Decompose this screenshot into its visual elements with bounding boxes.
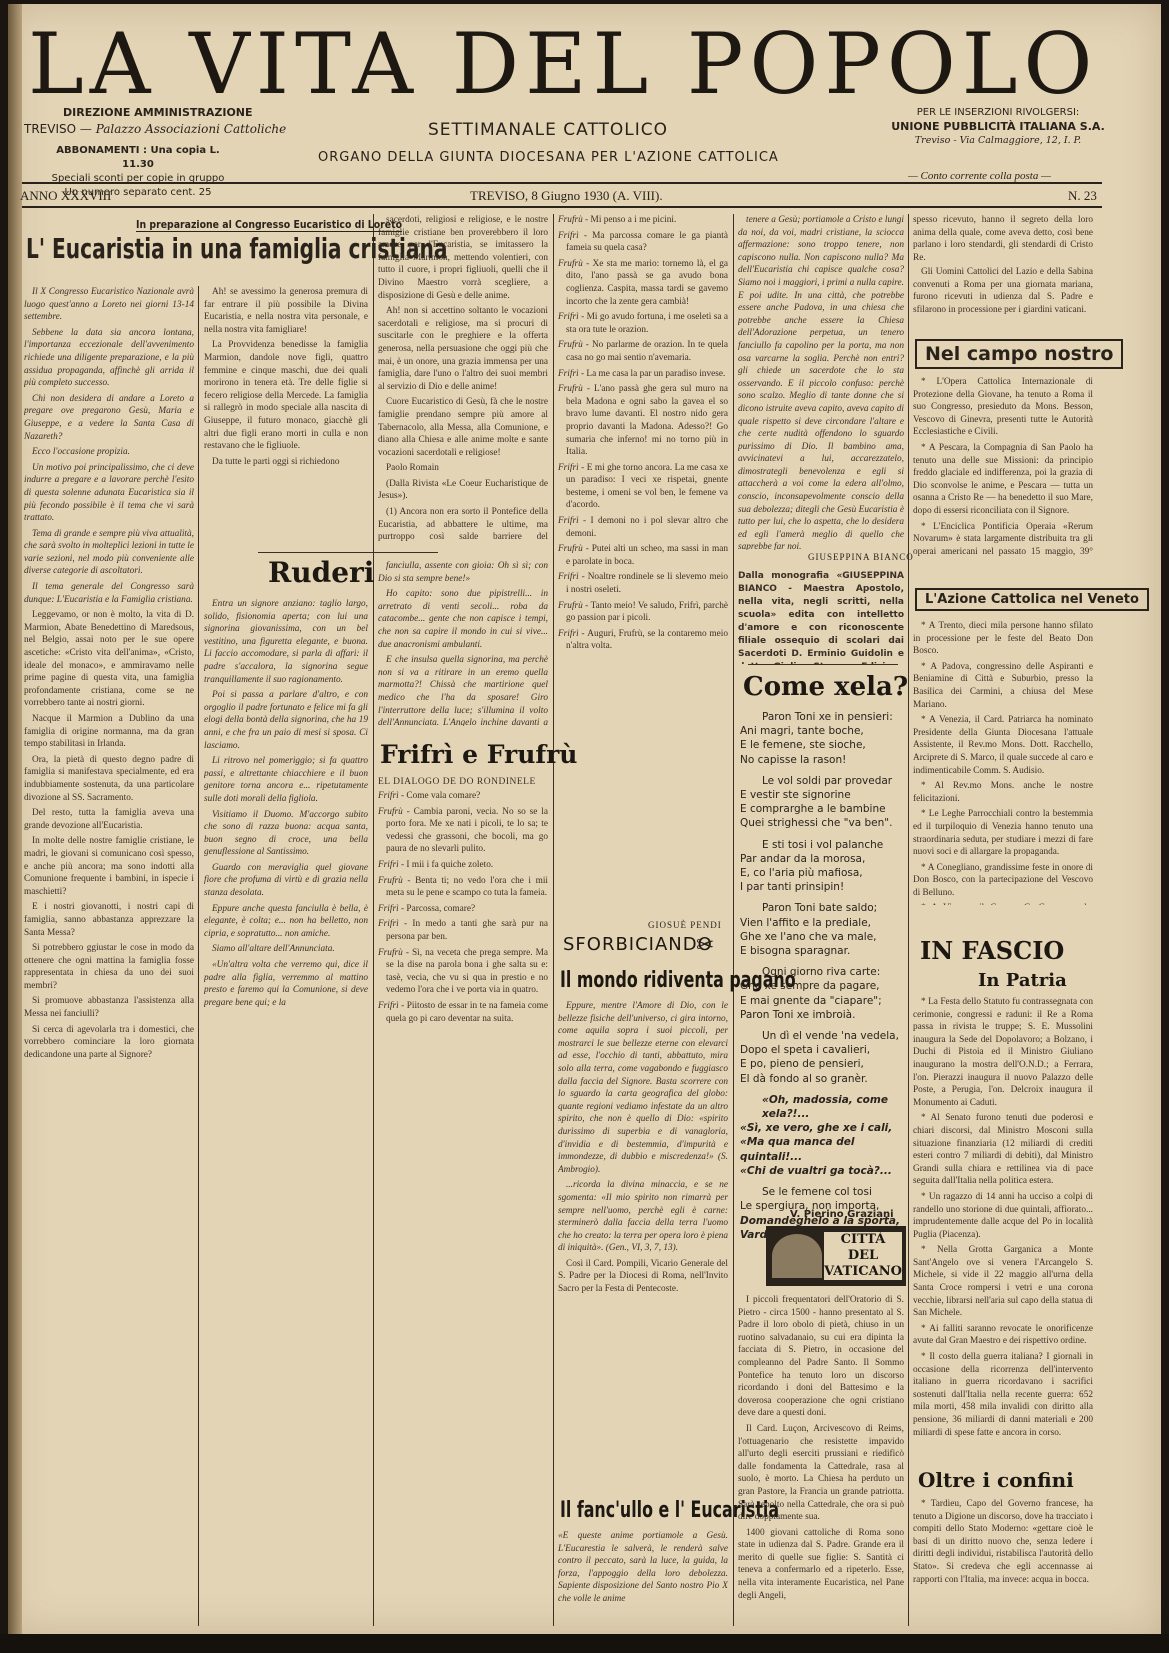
advertising-box: PER LE INSERZIONI RIVOLGERSI: UNIONE PUB…: [878, 106, 1118, 148]
article-column: sacerdoti, religiosi e religiose, e le n…: [378, 214, 548, 544]
col7-top: spesso ricevuto, hanno il segreto della …: [913, 214, 1093, 264]
speaker: Frufrù -: [558, 601, 591, 611]
poem-stanza: Paron Toni xe in pensieri:Ani magri, tan…: [740, 710, 906, 767]
poem-line: Paron Toni xe in pensieri:: [740, 710, 906, 724]
poem-line: E vestir ste signorine: [740, 788, 906, 802]
city: TREVISO: [24, 122, 76, 136]
poem-line: Ani magri, tante boche,: [740, 724, 906, 738]
dialogue-line: Frifrì - Piitosto de essar in te na fame…: [378, 1000, 548, 1025]
news-column: * La Festa dello Statuto fu contrassegna…: [913, 996, 1093, 1466]
speaker: Frifrì -: [378, 1001, 407, 1011]
newspaper-page: LA VITA DEL POPOLO DIREZIONE AMMINISTRAZ…: [8, 4, 1161, 1634]
in-fascio-title: IN FASCIO: [920, 936, 1064, 965]
address-line: TREVISO — Palazzo Associazioni Cattolich…: [24, 122, 286, 136]
dialogue-line: Frufrù - Sì, na veceta che prega sempre.…: [378, 947, 548, 997]
vaticano-banner: CITTÀ DEL VATICANO: [766, 1226, 906, 1286]
poem-stanza: Ogni giorno riva carte:Ghe xe sempre da …: [740, 965, 906, 1022]
news-item: * Tardieu, Capo del Governo francese, ha…: [913, 1498, 1093, 1586]
article-column: Eppure, mentre l'Amore di Dio, con le be…: [558, 1000, 728, 1420]
speaker: Frufrù -: [558, 340, 592, 350]
organo-line: ORGANO DELLA GIUNTA DIOCESANA PER L'AZIO…: [318, 150, 779, 165]
dome-icon: [772, 1234, 822, 1278]
news-item: * Il costo della guerra italiana? I gior…: [913, 1351, 1093, 1439]
poem-line: E comprarghe a le bambine: [740, 802, 906, 816]
paragraph: Del resto, tutta la famiglia aveva una g…: [24, 807, 194, 832]
news-item: * A Trento, dieci mila persone hanno sfi…: [913, 620, 1093, 658]
dialogue-line: Frufrù - Benta ti; no vedo l'ora che i m…: [378, 875, 548, 900]
news-item: * A Padova, congressino delle Aspiranti …: [913, 661, 1093, 711]
poem-line: E sti tosi i vol palanche: [740, 838, 906, 852]
unione: UNIONE PUBBLICITÀ ITALIANA S.A.: [878, 120, 1118, 134]
news-item: * A Vicenza il Comm. C. Corsanego ha cel…: [913, 902, 1093, 905]
poem-line: E le femene, ste sioche,: [740, 738, 906, 752]
azione-veneto-title: L'Azione Cattolica nel Veneto: [915, 588, 1149, 611]
news-item: * L'Opera Cattolica Internazionale di Pr…: [913, 376, 1093, 439]
dialogue-line: Frufrù - Xe sta me mario: tornemo là, el…: [558, 258, 728, 308]
paragraph: Tema di grande e sempre più viva attuali…: [24, 528, 194, 578]
speaker: Frifrì -: [378, 919, 412, 929]
sforbiciando-banner: SFORBICIANDO: [563, 934, 713, 955]
speaker: Frufrù -: [558, 544, 592, 554]
paragraph: fanciulla, assente con gioia: Oh sì sì; …: [378, 560, 548, 585]
paragraph: I piccoli frequentatori dell'Oratorio di…: [738, 1294, 904, 1420]
top-rule: [22, 182, 1102, 184]
news-column: * L'Opera Cattolica Internazionale di Pr…: [913, 376, 1093, 556]
speaker: Frufrù -: [558, 384, 594, 394]
poem-line: E po, pieno de pensieri,: [740, 1057, 906, 1071]
dialogue-column: Frifrì - Come vala comare?Frufrù - Cambi…: [378, 790, 548, 1628]
column-rule: [373, 214, 374, 1626]
poem-line: Ogni giorno riva carte:: [740, 965, 906, 979]
dialogue-column: Frufrù - Mi penso a i me picini.Frifrì -…: [558, 214, 728, 914]
paragraph: Eppure, mentre l'Amore di Dio, con le be…: [558, 1000, 728, 1176]
article-kicker: In preparazione al Congresso Eucaristico…: [136, 218, 402, 232]
fanciullo-body: «E queste anime portiamole a Gesù. L'Euc…: [558, 1530, 728, 1630]
poem-line: Ghe xe sempre da pagare,: [740, 979, 906, 993]
article-column: fanciulla, assente con gioia: Oh sì sì; …: [378, 560, 548, 726]
paragraph: Così il Card. Pompili, Vicario Generale …: [558, 1258, 728, 1296]
paragraph: 1400 giovani cattoliche di Roma sono sta…: [738, 1527, 904, 1603]
scan-border: [0, 1634, 1169, 1653]
news-item: * A Conegliano, grandissime feste in ono…: [913, 862, 1093, 900]
in-patria-title: In Patria: [978, 970, 1067, 991]
paragraph: Ah! se avessimo la generosa premura di f…: [204, 286, 368, 336]
news-item: * Al Senato furono tenuti due poderosi e…: [913, 1112, 1093, 1188]
paragraph: Poi si passa a parlare d'altro, e con or…: [204, 689, 368, 752]
poem-stanza: «Oh, madossia, come xela?!...«Sì, xe ver…: [740, 1093, 906, 1178]
news-item: * Al Rev.mo Mons. anche le nostre felici…: [913, 780, 1093, 805]
paragraph: Ah! non si accettino soltanto le vocazio…: [378, 305, 548, 393]
poem-line: Un dì el vende 'na vedela,: [740, 1029, 906, 1043]
masthead-title: LA VITA DEL POPOLO: [28, 24, 1148, 104]
ornament-rule: [258, 552, 438, 553]
abbonamenti: ABBONAMENTI : Una copia L. 11.30: [56, 145, 220, 170]
dialogue-line: Frifrì - La me casa la par un paradiso i…: [558, 368, 728, 381]
poem-stanza: E sti tosi i vol palanchePar andar da la…: [740, 838, 906, 895]
speaker: Frufrù -: [558, 259, 593, 269]
speaker: Frifrì -: [558, 629, 587, 639]
poem-line: Quei strighessi che "va ben".: [740, 816, 906, 830]
ad-address: Treviso - Via Calmaggiore, 12, I. P.: [915, 135, 1081, 146]
paragraph: E i nostri giovanotti, i nostri capi di …: [24, 901, 194, 939]
dialogue-line: Frufrù - L'ano passà ghe gera sul muro n…: [558, 383, 728, 459]
paragraph: Sebbene la data sia ancora lontana, l'im…: [24, 327, 194, 390]
paragraph: sacerdoti, religiosi e religiose, e le n…: [378, 214, 548, 302]
paragraph: Si cerca di agevolarla tra i domestici, …: [24, 1024, 194, 1062]
poem-stanza: Un dì el vende 'na vedela,Dopo el speta …: [740, 1029, 906, 1086]
news-item: * Ai falliti saranno revocate le onorifi…: [913, 1323, 1093, 1348]
oltre-confini-title: Oltre i confini: [918, 1468, 1074, 1492]
poem-line: Paron Toni bate saldo;: [740, 901, 906, 915]
poem-line: Vien l'affito e la prediale,: [740, 916, 906, 930]
news-item: * L'Enciclica Pontificia Operaia «Rerum …: [913, 521, 1093, 556]
article-column: I piccoli frequentatori dell'Oratorio di…: [738, 1294, 904, 1630]
conto-corrente: — Conto corrente colla posta —: [908, 170, 1051, 182]
news-item: * Nella Grotta Garganica a Monte Sant'An…: [913, 1244, 1093, 1320]
poem-line: «Chi de vualtri ga tocà?...: [740, 1164, 906, 1178]
dialogue-line: Frufrù - Putei alti un scheo, ma sassi i…: [558, 543, 728, 568]
poem-line: El dà fondo al so granèr.: [740, 1072, 906, 1086]
poem-line: Dopo el speta i cavalieri,: [740, 1043, 906, 1057]
palazzo: — Palazzo Associazioni Cattoliche: [80, 122, 286, 136]
news-column: * A Trento, dieci mila persone hanno sfi…: [913, 620, 1093, 905]
ornament-rule: [748, 664, 898, 665]
poem-line: No capisse la rason!: [740, 753, 906, 767]
article-column: Ah! se avessimo la generosa premura di f…: [204, 286, 368, 541]
speaker: Frufrù -: [558, 215, 591, 225]
column-rule: [198, 286, 199, 1626]
paragraph: Nacque il Marmion a Dublino da una famig…: [24, 713, 194, 751]
poem-stanza: Le vol soldi par provedarE vestir ste si…: [740, 774, 906, 831]
speaker: Frifrì -: [558, 312, 587, 322]
paragraph: tenere a Gesù; portiamole a Cristo e lun…: [738, 214, 904, 550]
poem-line: I par tanti prinsipin!: [740, 880, 906, 894]
paragraph: (1) Ancora non era sorto il Pontefice de…: [378, 506, 548, 544]
paragraph: Si promuove abbastanza l'assistenza alla…: [24, 995, 194, 1020]
dialogue-line: Frifrì - Ma parcossa comare le ga piantà…: [558, 230, 728, 255]
paragraph: Ora, la pietà di questo degno padre di f…: [24, 754, 194, 804]
paragraph: In molte delle nostre famiglie cristiane…: [24, 835, 194, 898]
article-column: tenere a Gesù; portiamole a Cristo e lun…: [738, 214, 904, 550]
dialogue-line: Frifrì - E mi ghe torno ancora. La me ca…: [558, 462, 728, 512]
uomini-cattolici: Gli Uomini Cattolici del Lazio e della S…: [913, 266, 1093, 328]
speaker: Frufrù -: [378, 876, 415, 886]
column-rule: [553, 214, 554, 1626]
paragraph: La Provvidenza benedisse la famiglia Mar…: [204, 339, 368, 452]
paragraph: Chi non desidera di andare a Loreto a pr…: [24, 393, 194, 443]
speaker: Frifrì -: [558, 572, 588, 582]
dialogue-line: Frifrì - Parcossa, comare?: [378, 903, 548, 916]
poem-line: Ghe xe l'ano che va male,: [740, 930, 906, 944]
column-rule: [908, 214, 909, 1626]
speaker: Frifrì -: [378, 904, 406, 914]
dialogue-line: Frifrì - I mii i fa quiche zoleto.: [378, 859, 548, 872]
frifri-signature: GIOSUÈ PENDI: [648, 920, 722, 930]
poem-line: Par andar da la morosa,: [740, 852, 906, 866]
paragraph: Il Card. Luçon, Arcivescovo di Reims, l'…: [738, 1423, 904, 1524]
article-column: Entra un signore anziano: taglio largo, …: [204, 598, 368, 1628]
poem-line: «Oh, madossia, come xela?!...: [740, 1093, 906, 1121]
speaker: Frufrù -: [378, 807, 414, 817]
paragraph: Guardo con meraviglia quel giovane fiore…: [204, 862, 368, 900]
dialogue-line: Frifrì - Mi go avudo fortuna, i me osele…: [558, 311, 728, 336]
dialogue-line: Frifrì - I demoni no i pol slevar altro …: [558, 515, 728, 540]
paragraph: ...ricorda la divina minaccia, e se ne s…: [558, 1179, 728, 1255]
paragraph: Eppure anche questa fanciulla è bella, è…: [204, 903, 368, 941]
paragraph: Siamo all'altare dell'Annunciata.: [204, 943, 368, 956]
speaker: Frifrì -: [378, 791, 406, 801]
poem: Paron Toni xe in pensieri:Ani magri, tan…: [740, 710, 906, 1249]
frifri-subtitle: EL DIALOGO DE DO RONDINELE: [378, 776, 548, 790]
paragraph: Il tema generale del Congresso sarà dunq…: [24, 581, 194, 606]
paragraph: Il X Congresso Eucaristico Nazionale avr…: [24, 286, 194, 324]
speaker: Frifrì -: [558, 369, 586, 379]
column-rule: [733, 214, 734, 1626]
paragraph: Li ritrovo nel pomeriggio; si fa quattro…: [204, 755, 368, 805]
campo-nostro-title: Nel campo nostro: [915, 339, 1123, 369]
azione-veneto-label: L'Azione Cattolica nel Veneto: [925, 592, 1139, 607]
inserzioni: PER LE INSERZIONI RIVOLGERSI:: [878, 106, 1118, 120]
article-column: Il X Congresso Eucaristico Nazionale avr…: [24, 286, 194, 1631]
paragraph: E che insulsa quella signorina, ma perch…: [378, 654, 548, 726]
poem-line: Paron Toni xe imbroià.: [740, 1008, 906, 1022]
news-item: * A Pescara, la Compagnia di San Paolo h…: [913, 442, 1093, 518]
anno: ANNO XXXVIII: [20, 188, 111, 204]
issue-number: N. 23: [1068, 188, 1097, 204]
news-item: * La Festa dello Statuto fu contrassegna…: [913, 996, 1093, 1109]
come-xela-title: Come xela?: [743, 672, 908, 702]
poem-line: Se le femene col tosi: [740, 1185, 906, 1199]
poem-line: E bisogna sparagnar.: [740, 944, 906, 958]
scissors-icon: ✂: [696, 932, 714, 958]
paragraph: Ecco l'occasione propizia.: [24, 446, 194, 459]
speaker: Frifrì -: [558, 231, 592, 241]
subtitle: SETTIMANALE CATTOLICO: [428, 120, 668, 140]
news-column: * Tardieu, Capo del Governo francese, ha…: [913, 1498, 1093, 1628]
paragraph: Ho capito: sono due pipistrelli... in ar…: [378, 588, 548, 651]
paragraph: Visitiamo il Duomo. M'accorgo subito che…: [204, 809, 368, 859]
dialogue-line: Frifrì - Auguri, Frufrù, se la contaremo…: [558, 628, 728, 653]
dialogue-line: Frufrù - Tanto meio! Ve saludo, Frifrì, …: [558, 600, 728, 625]
poem-line: «Ma qua manca del quintali!...: [740, 1135, 906, 1163]
paragraph: «Un'altra volta che verremo qui, dice il…: [204, 959, 368, 1009]
news-item: * Un ragazzo di 14 anni ha ucciso a colp…: [913, 1191, 1093, 1241]
dialogue-line: Frifrì - In medo a tanti ghe sarà pur na…: [378, 918, 548, 943]
monografia-note: Dalla monografia «GIUSEPPINA BIANCO - Ma…: [738, 570, 904, 664]
poem-line: E, co l'aria più mafiosa,: [740, 866, 906, 880]
paragraph: Entra un signore anziano: taglio largo, …: [204, 598, 368, 686]
speaker: Frufrù -: [378, 948, 412, 958]
speaker: Frifrì -: [558, 463, 587, 473]
paragraph: Leggevamo, or non è molto, la vita di D.…: [24, 609, 194, 710]
binding-spine: [8, 4, 22, 1634]
news-item: * A Venezia, il Card. Patriarca ha nomin…: [913, 714, 1093, 777]
vaticano-label: CITTÀ DEL VATICANO: [824, 1232, 902, 1280]
dialogue-line: Frifrì - Come vala comare?: [378, 790, 548, 803]
dialogue-line: Frufrù - No parlarme de orazion. In te q…: [558, 339, 728, 364]
speaker: Frifrì -: [558, 516, 591, 526]
poem-line: Le vol soldi par provedar: [740, 774, 906, 788]
dialogue-line: Frufrù - Cambia paroni, vecia. No so se …: [378, 806, 548, 856]
dialogue-line: Frifrì - Noaltre rondinele se li slevemo…: [558, 571, 728, 596]
ruderi-title: Ruderi: [268, 556, 374, 589]
paragraph: Un motivo poi principalissimo, che ci de…: [24, 462, 194, 525]
paragraph: Da tutte le parti oggi si richiedono: [204, 456, 368, 469]
col5-signature: GIUSEPPINA BIANCO: [808, 552, 914, 562]
poem-line: «Sì, xe vero, ghe xe i cali,: [740, 1121, 906, 1135]
direzione-label: DIREZIONE AMMINISTRAZIONE: [63, 106, 253, 119]
dateline-rule: [22, 206, 1102, 208]
frifri-title: Frifrì e Frufrù: [380, 740, 577, 769]
poem-stanza: Paron Toni bate saldo;Vien l'affito e la…: [740, 901, 906, 958]
issue-date: TREVISO, 8 Giugno 1930 (A. VIII).: [470, 188, 663, 204]
paragraph: Paolo Romain: [378, 462, 548, 475]
paragraph: Si potrebbero ggiustar le cose in modo d…: [24, 942, 194, 992]
speaker: Frifrì -: [378, 860, 406, 870]
paragraph: (Dalla Rivista «Le Coeur Eucharistique d…: [378, 478, 548, 503]
poem-signature: V. Pierino Graziani: [790, 1209, 894, 1220]
paragraph: Cuore Eucaristico di Gesù, fà che le nos…: [378, 396, 548, 459]
poem-line: E mai gnente da "ciapare";: [740, 994, 906, 1008]
news-item: * Le Leghe Parrocchiali contro la bestem…: [913, 808, 1093, 858]
dialogue-line: Frufrù - Mi penso a i me picini.: [558, 214, 728, 227]
